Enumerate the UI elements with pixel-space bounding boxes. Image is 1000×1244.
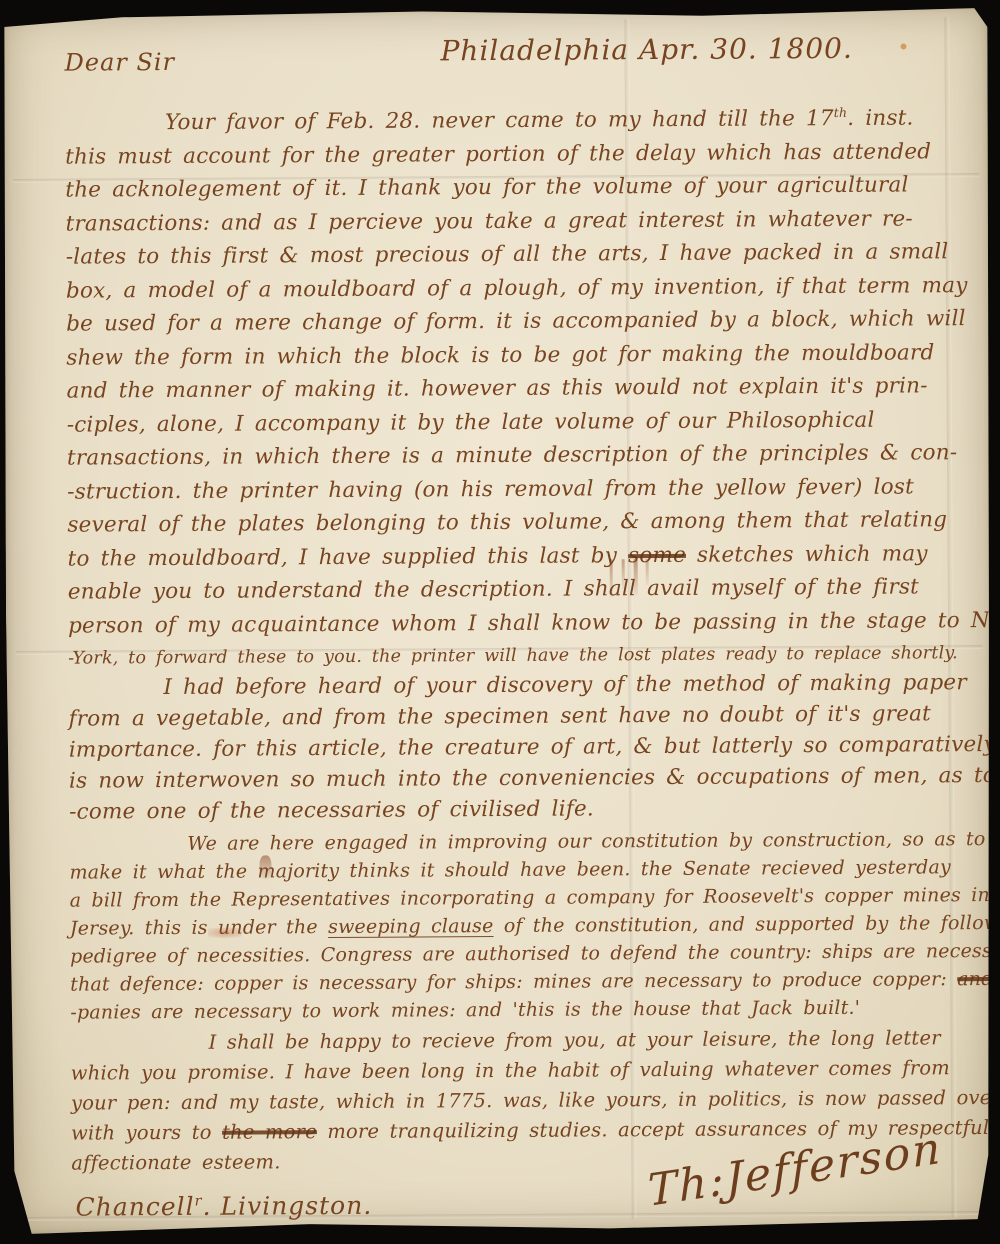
scanned-letter-canvas: Dear Sir Philadelphia Apr. 30. 1800. You… [0,0,1000,1244]
letter-line: -come one of the necessaries of civilise… [69,791,979,828]
dateline: Philadelphia Apr. 30. 1800. [440,32,852,68]
text-run: affectionate esteem. [71,1150,280,1174]
letter-paper: Dear Sir Philadelphia Apr. 30. 1800. You… [2,5,995,1235]
letter-line: transactions, in which there is a minute… [67,436,977,475]
addressee-line: Chancellr. Livingston. [75,1191,372,1222]
letter-line: and the manner of making it. however as … [66,369,976,408]
letter-line: -lates to this first & most precious of … [66,235,976,274]
text-run: several of the plates belonging to this … [67,507,947,537]
salutation: Dear Sir [65,48,176,77]
text-run: -panies are necessary to work mines: and… [70,997,860,1024]
letter-line: this must account for the greater portio… [65,135,975,174]
text-run: person of my acquaintance whom I shall k… [68,607,1000,638]
text-run: with yours to [71,1121,222,1145]
letter-line: transactions: and as I percieve you take… [65,202,975,241]
text-strike: and [957,968,993,990]
text-strike: the more [222,1120,317,1144]
text-run: Jersey. this is under the [70,916,328,940]
text-run: to the mouldboard, I have supplied this … [68,543,629,571]
text-run: I shall be happy to recieve from you, at… [209,1026,941,1053]
text-underline: sweeping clause [328,915,494,938]
letter-line: shew the form in which the block is to b… [66,336,976,375]
letter-line: be used for a mere change of form. it is… [66,302,976,341]
text-run: com- [993,968,1000,990]
text-run: your pen: and my taste, which in 1775. w… [71,1086,1000,1115]
text-run: this must account for the greater portio… [65,139,931,169]
letter-line: to the mouldboard, I have supplied this … [68,537,978,576]
letter-line: box, a model of a mouldboard of a plough… [66,269,976,308]
text-run: transactions, in which there is a minute… [67,440,957,470]
text-strike: some [628,543,686,568]
letter-line: is now interwoven so much into the conve… [69,760,979,797]
letter-line: Your favor of Feb. 28. never came to my … [65,95,975,140]
text-run: the acknolegement of it. I thank you for… [65,173,908,203]
text-run: importance. for this article, the creatu… [69,732,1000,763]
letter-body: Your favor of Feb. 28. never came to my … [65,95,975,101]
paragraph-3: We are here engaged in improving our con… [69,825,980,1027]
text-run: enable you to understand the description… [68,575,919,605]
text-run: be used for a mere change of form. it is… [66,306,966,336]
text-run: and the manner of making it. however as … [67,374,928,404]
letter-line: several of the plates belonging to this … [67,503,977,542]
letter-line: -ciples, alone, I accompany it by the la… [67,403,977,442]
text-run: Chancell [75,1192,194,1222]
text-run: -come one of the necessaries of civilise… [69,796,594,824]
text-run: Your favor of Feb. 28. never came to my … [165,106,834,135]
letter-line: -panies are necessary to work mines: and… [70,993,980,1027]
text-run: . inst. [847,106,913,131]
text-run: which you promise. I have been long in t… [71,1056,950,1084]
text-run: I had before heard of your discovery of … [163,670,967,700]
text-run: that defence: copper is necessary for sh… [70,968,957,995]
text-run: -struction. the printer having (on his r… [67,474,914,504]
text-run: -lates to this first & most precious of … [66,239,949,269]
text-run: is now interwoven so much into the conve… [69,763,1000,794]
letter-line: the acknolegement of it. I thank you for… [65,168,975,207]
text-run: -ciples, alone, I accompany it by the la… [67,407,875,437]
text-run: make it what the majority thinks it shou… [69,856,951,883]
text-run: pedigree of necessities. Congress are au… [70,940,1000,968]
text-run: . Livingston. [202,1191,372,1221]
text-sup: th [834,105,848,120]
text-run: a bill from the Representatives incorpor… [70,884,990,912]
paragraph-1: Your favor of Feb. 28. never came to my … [65,95,978,676]
text-run: sketches which may [686,541,928,567]
text-run: box, a model of a mouldboard of a plough… [66,273,968,304]
text-run: of the constitution, and supported by th… [493,912,1000,937]
text-run: from a vegetable, and from the specimen … [69,701,931,731]
text-sup: r [195,1193,203,1209]
paragraph-2: I had before heard of your discovery of … [68,667,979,828]
fox-spot [900,44,906,50]
text-run: shew the form in which the block is to b… [66,340,934,370]
text-run: -York, to forward these to you. the prin… [68,643,958,668]
text-run: We are here engaged in improving our con… [187,828,985,855]
text-run: transactions: and as I percieve you take… [65,206,912,236]
letter-line: person of my acquaintance whom I shall k… [68,604,978,643]
letter-line: -struction. the printer having (on his r… [67,470,977,509]
letter-line: enable you to understand the description… [68,570,978,609]
